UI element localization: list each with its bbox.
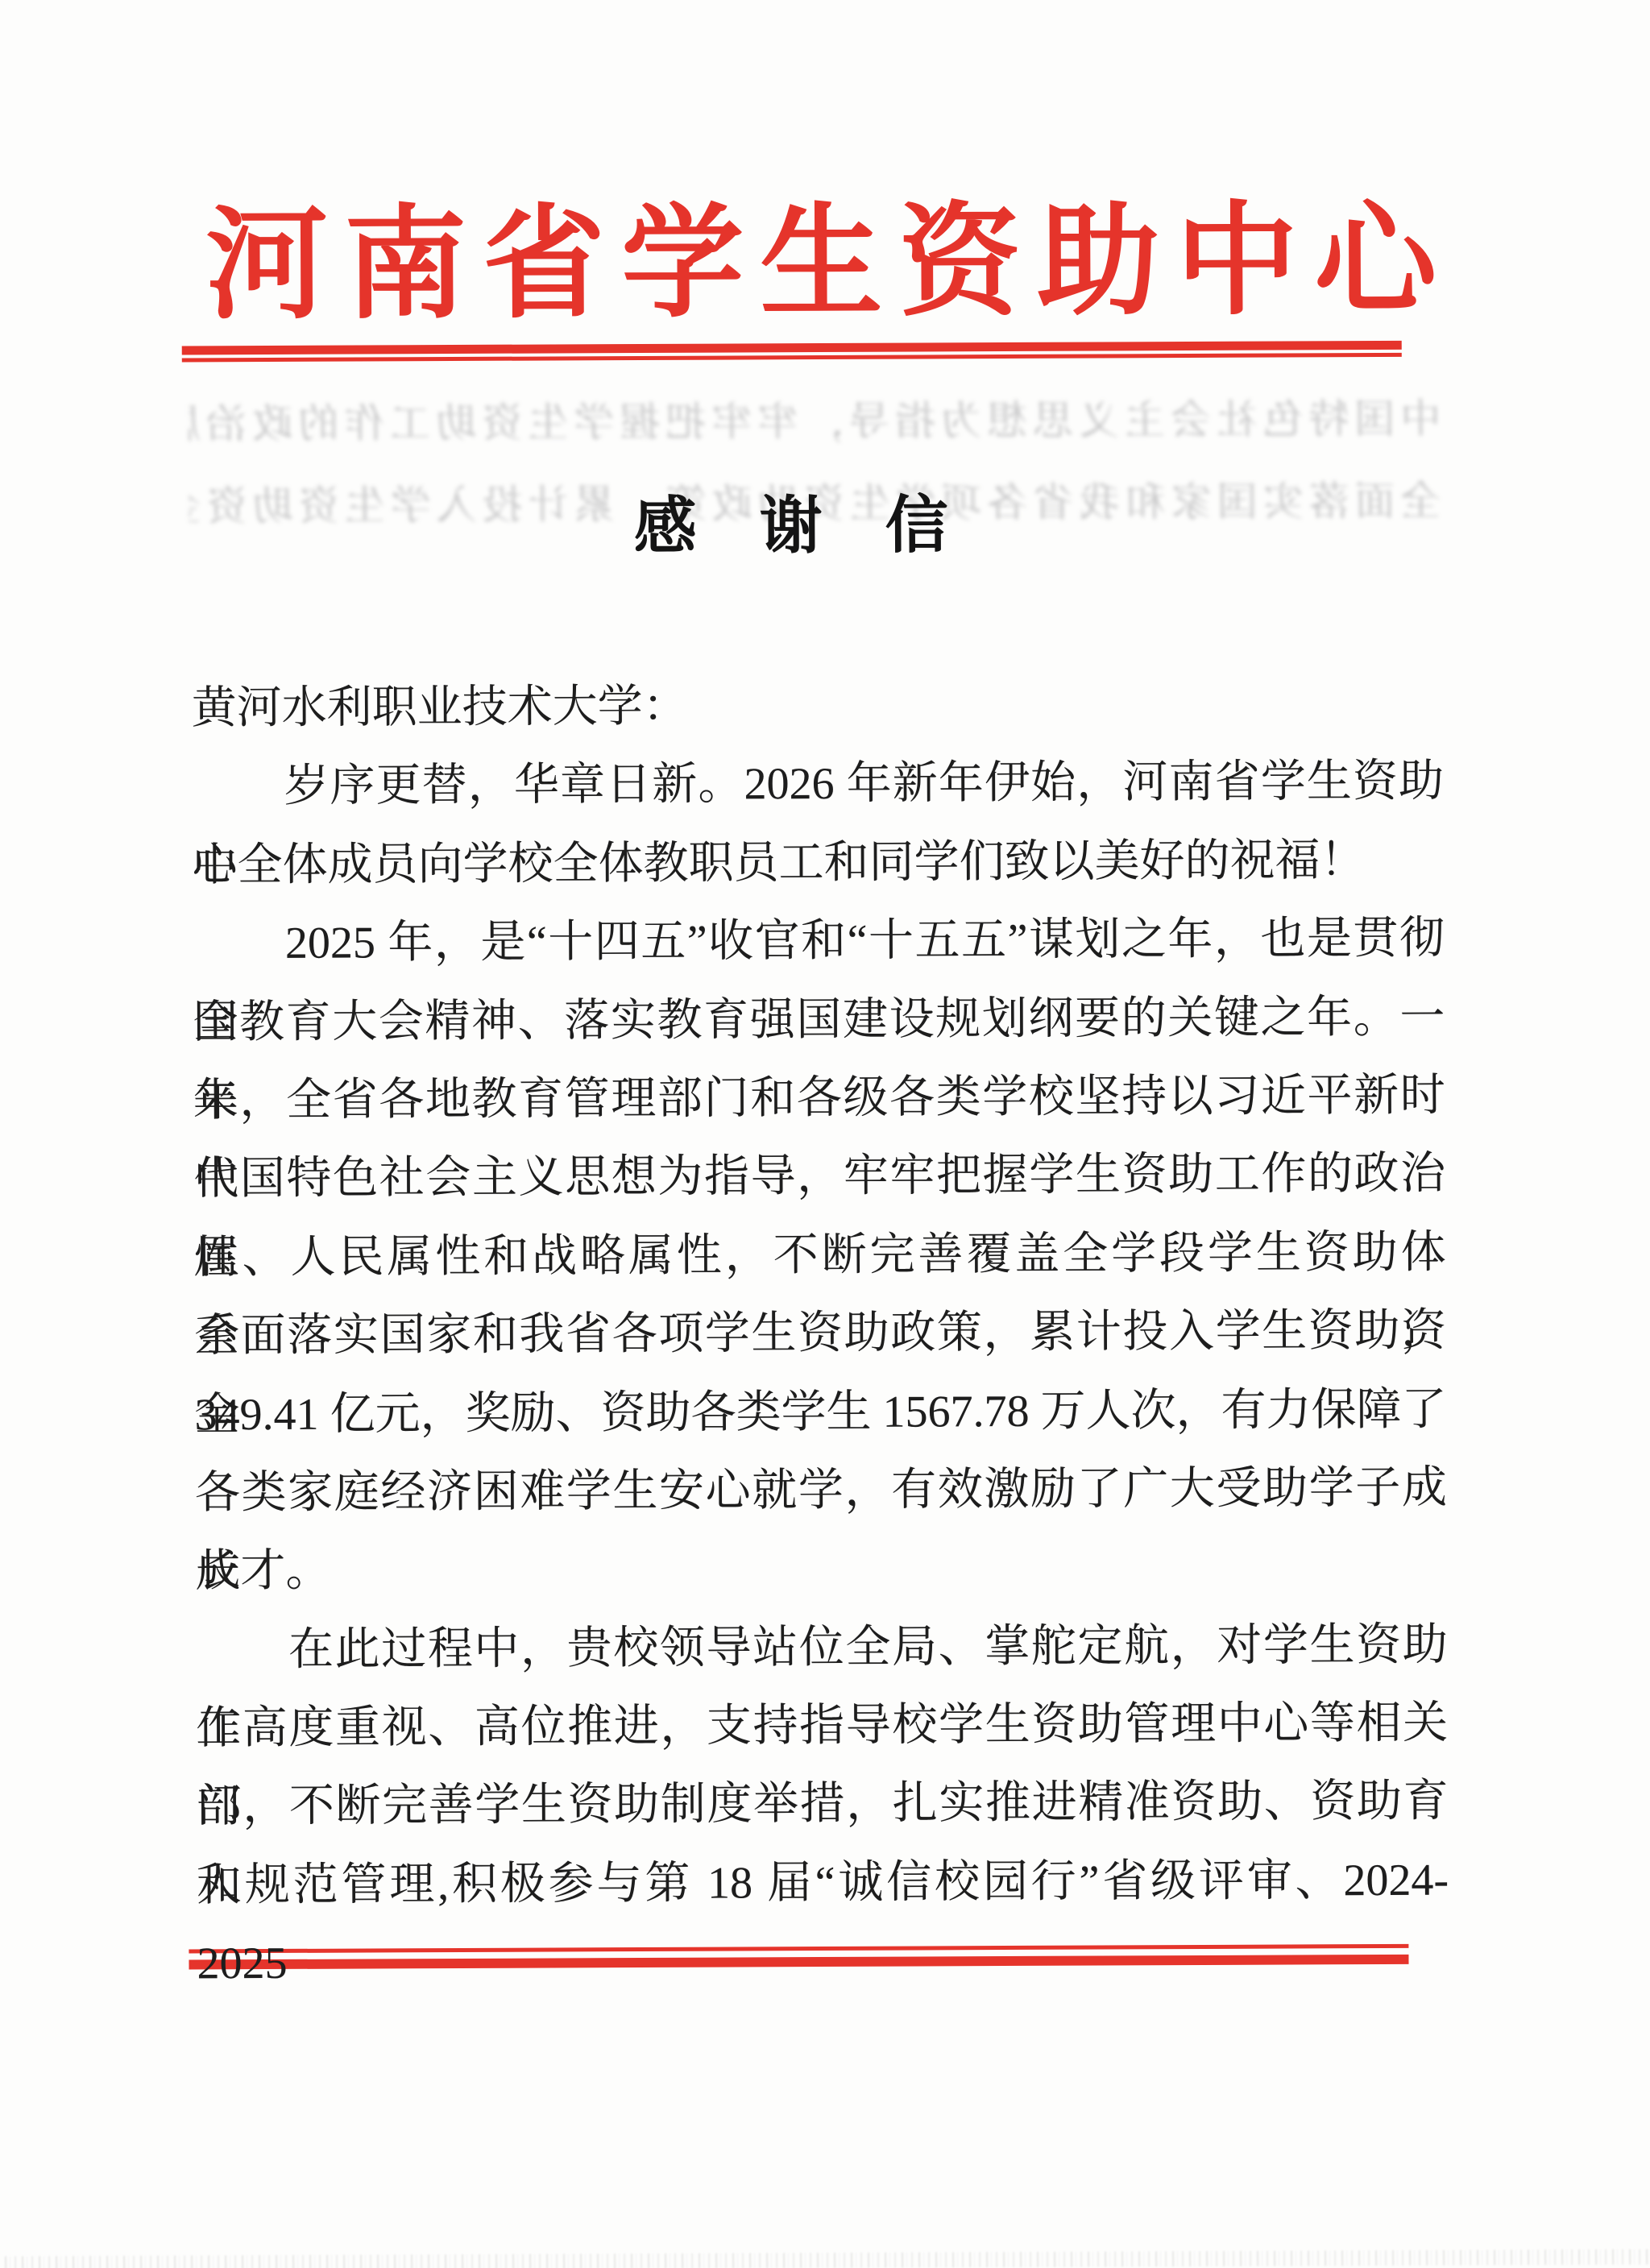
letter-line: 性、人民属性和战略属性，不断完善覆盖全学段学生资助体系， bbox=[193, 1213, 1445, 1297]
scan-surface: 河南省学生资助中心 中国特色社会主义思想为指导，牢牢把握学生资助工作的政治属 全… bbox=[0, 0, 1650, 2268]
scan-noise-strip bbox=[5, 2249, 1650, 2268]
letter-line: 成才。 bbox=[195, 1528, 1447, 1611]
letter-page: 河南省学生资助中心 中国特色社会主义思想为指导，牢牢把握学生资助工作的政治属 全… bbox=[0, 0, 1650, 2268]
letter-line: 和规范管理,积极参与第 18 届“诚信校园行”省级评审、2024-2025 bbox=[197, 1841, 1449, 1925]
letter-line: 2025 年，是“十四五”收官和“十五五”谋划之年，也是贯彻全 bbox=[193, 900, 1445, 984]
footer-rule-thick bbox=[189, 1955, 1408, 1970]
letter-line: 各类家庭经济困难学生安心就学，有效激励了广大受助学子成长 bbox=[195, 1449, 1447, 1533]
letterhead-rule-thick bbox=[182, 341, 1402, 355]
letter-title: 感谢信 bbox=[0, 485, 1648, 568]
letter-line: 黄河水利职业技术大学： bbox=[191, 665, 1443, 748]
letter-body: 黄河水利职业技术大学： 岁序更替，华章日新。2026 年新年伊始，河南省学生资助… bbox=[191, 665, 1449, 1926]
letterhead-org-name: 河南省学生资助中心 bbox=[0, 193, 1647, 335]
letter-line: 作高度重视、高位推进，支持指导校学生资助管理中心等相关部 bbox=[196, 1685, 1448, 1768]
letter-line: 国教育大会精神、落实教育强国建设规划纲要的关键之年。一年 bbox=[193, 978, 1445, 1062]
letter-line: 中国特色社会主义思想为指导，牢牢把握学生资助工作的政治属 bbox=[193, 1135, 1445, 1219]
letter-line: 在此过程中，贵校领导站位全局、掌舵定航，对学生资助工 bbox=[196, 1606, 1448, 1690]
letter-line: 心全体成员向学校全体教职员工和同学们致以美好的祝福！ bbox=[192, 821, 1444, 905]
letter-line: 349.41 亿元，奖励、资助各类学生 1567.78 万人次，有力保障了 bbox=[194, 1370, 1446, 1454]
letter-line: 门，不断完善学生资助制度举措，扎实推进精准资助、资助育人 bbox=[196, 1763, 1448, 1847]
footer-rule-thin bbox=[189, 1944, 1408, 1954]
letter-line: 全面落实国家和我省各项学生资助政策，累计投入学生资助资金 bbox=[194, 1292, 1446, 1376]
letter-line: 来，全省各地教育管理部门和各级各类学校坚持以习近平新时代 bbox=[193, 1057, 1445, 1141]
letter-line: 岁序更替，华章日新。2026 年新年伊始，河南省学生资助中 bbox=[192, 743, 1444, 827]
letterhead-rule-thin bbox=[182, 353, 1402, 363]
bleedthrough-artifact-top: 中国特色社会主义思想为指导，牢牢把握学生资助工作的政治属 bbox=[189, 398, 1441, 446]
